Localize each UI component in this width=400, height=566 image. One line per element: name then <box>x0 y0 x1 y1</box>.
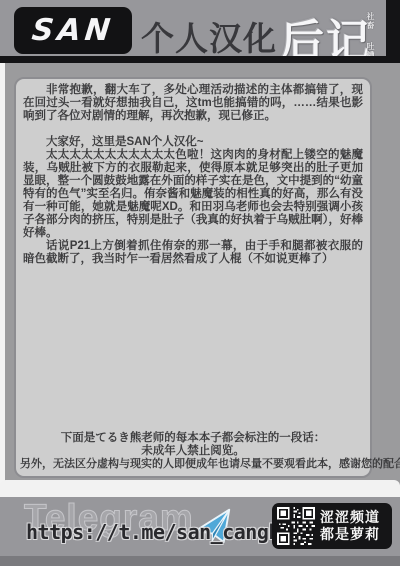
afterword-text-box: 非常抱歉，翻大车了，多处心理活动描述的主体都搞错了，现在回过头一看就好想抽我自己… <box>14 77 372 478</box>
age-warning-notice: 下面是てるき熊老师的每本本子都会标注的一段话： 未成年人禁止阅览。 另外，无法区… <box>20 432 366 471</box>
qr-caption-line-1: 涩涩频道 <box>320 509 380 526</box>
paragraph-commentary: 太太太太太太太太太太太色啦！这肉肉的身材配上镂空的魅魔装，乌贼肚被下方的衣服勒起… <box>23 149 363 240</box>
paragraph-greeting: 大家好，这里是SAN个人汉化~ <box>23 136 363 149</box>
notice-line-3: 另外，无法区分虚构与现实的人即便成年也请尽量不要观看此本，感谢您的配合。 <box>20 458 366 471</box>
afterword-paragraphs: 非常抱歉，翻大车了，多处心理活动描述的主体都搞错了，现在回过头一看就好想抽我自己… <box>23 84 363 266</box>
notice-line-2: 未成年人禁止阅览。 <box>20 445 366 458</box>
san-logo-text: SAN <box>30 13 116 48</box>
page-bottom-edge <box>0 480 400 497</box>
notice-line-1: 下面是てるき熊老师的每本本子都会标注的一段话： <box>20 432 366 445</box>
header-bar: SAN 个人汉化 后记 社畜 吐槽 <box>0 0 400 56</box>
paragraph-apology: 非常抱歉，翻大车了，多处心理活动描述的主体都搞错了，现在回过头一看就好想抽我自己… <box>23 84 363 123</box>
bottom-border-strip <box>0 556 400 566</box>
qr-panel: 涩涩频道 都是萝莉 <box>272 503 392 549</box>
header-divider <box>0 56 400 63</box>
paragraph-p21-note: 话说P21上方倒着抓住侑奈的那一幕，由于手和腿都被衣服的暗色截断了，我当时乍一看… <box>23 240 363 266</box>
header-subtitle: 个人汉化 <box>141 13 277 60</box>
san-logo: SAN <box>14 7 132 54</box>
header-side-note: 社畜 吐槽 <box>366 12 375 60</box>
footer-bar: Telegram https://t.me/san_cangku <box>0 497 400 556</box>
page-edge-strip <box>0 63 5 497</box>
page: SAN 个人汉化 后记 社畜 吐槽 非常抱歉，翻大车了，多处心理活动描述的主体都… <box>0 0 400 566</box>
qr-caption-line-2: 都是萝莉 <box>320 526 380 543</box>
side-note-top: 社畜 <box>366 12 375 30</box>
qr-caption: 涩涩频道 都是萝莉 <box>320 509 380 543</box>
header-right-strip <box>386 0 400 63</box>
telegram-url: https://t.me/san_cangku <box>26 520 291 544</box>
qr-code-icon <box>277 507 315 545</box>
